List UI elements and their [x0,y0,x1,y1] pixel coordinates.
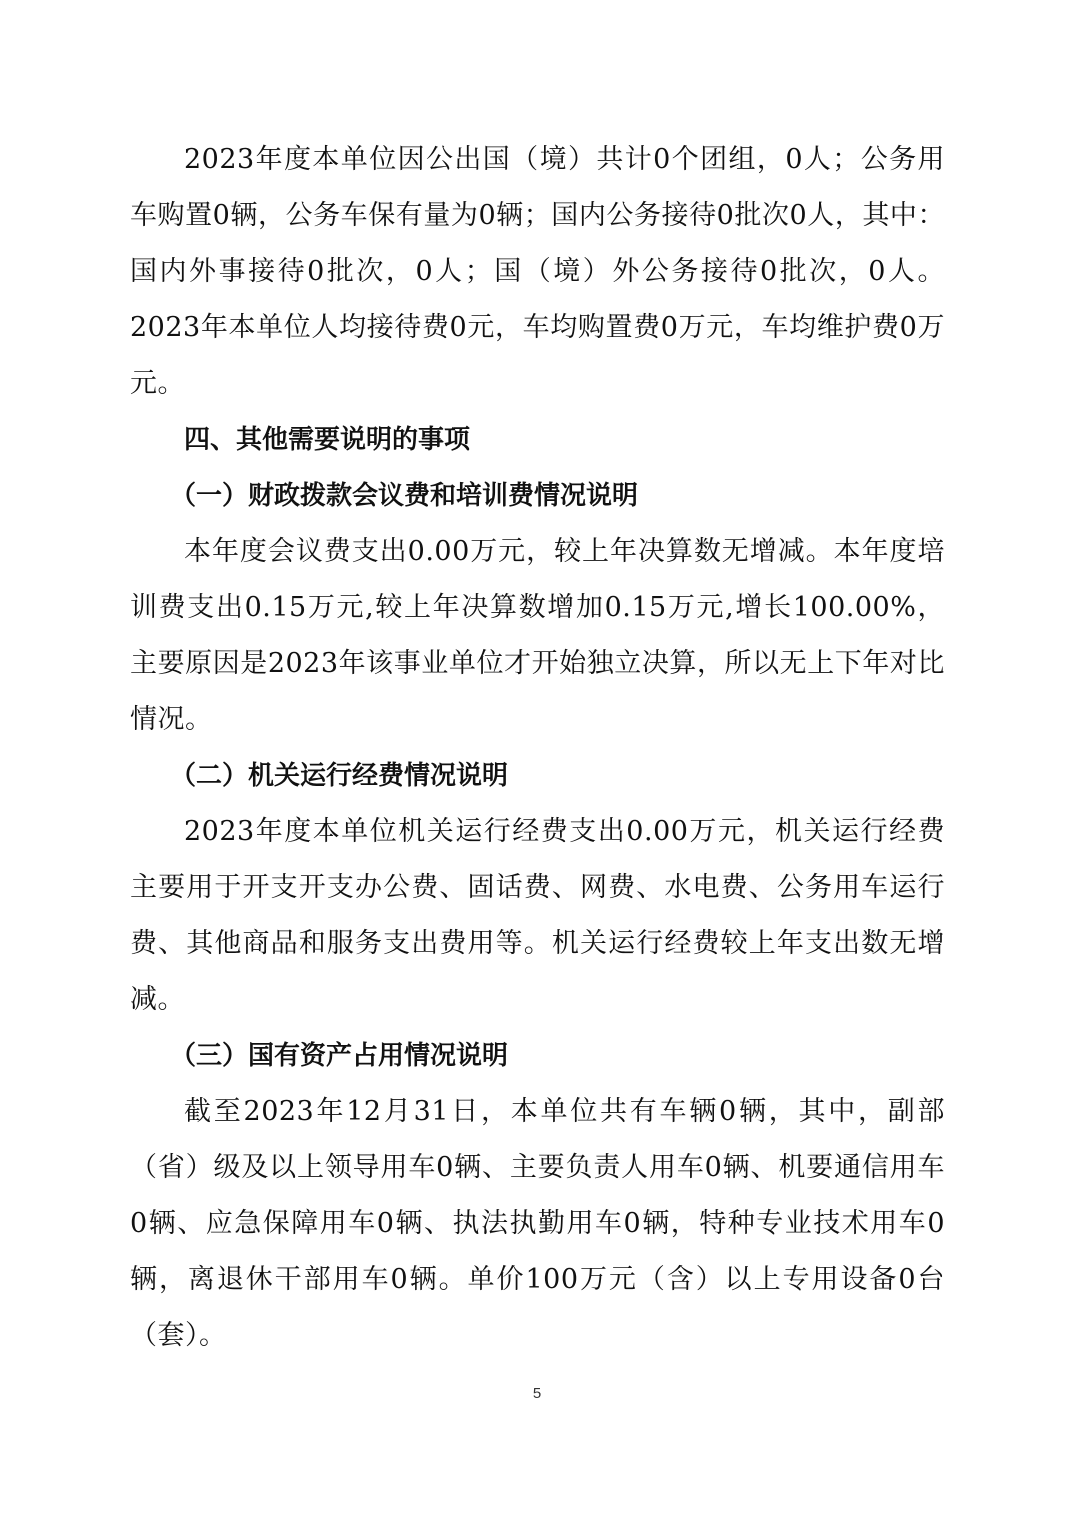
subheading-meeting-training-fees: （一）财政拨款会议费和培训费情况说明 [130,468,945,524]
subheading-operating-expenses: （二）机关运行经费情况说明 [130,748,945,804]
paragraph-operating-expenses: 2023年度本单位机关运行经费支出0.00万元，机关运行经费主要用于开支开支办公… [130,804,945,1028]
subheading-state-assets: （三）国有资产占用情况说明 [130,1028,945,1084]
page-number: 5 [0,1385,1074,1402]
document-page: 2023年度本单位因公出国（境）共计0个团组，0人；公务用车购置0辆，公务车保有… [130,132,945,1364]
paragraph-overseas-vehicles-reception: 2023年度本单位因公出国（境）共计0个团组，0人；公务用车购置0辆，公务车保有… [130,132,945,412]
section-heading-other-matters: 四、其他需要说明的事项 [130,412,945,468]
paragraph-meeting-training-fees: 本年度会议费支出0.00万元，较上年决算数无增减。本年度培训费支出0.15万元,… [130,524,945,748]
paragraph-state-assets: 截至2023年12月31日，本单位共有车辆0辆，其中，副部（省）级及以上领导用车… [130,1084,945,1364]
